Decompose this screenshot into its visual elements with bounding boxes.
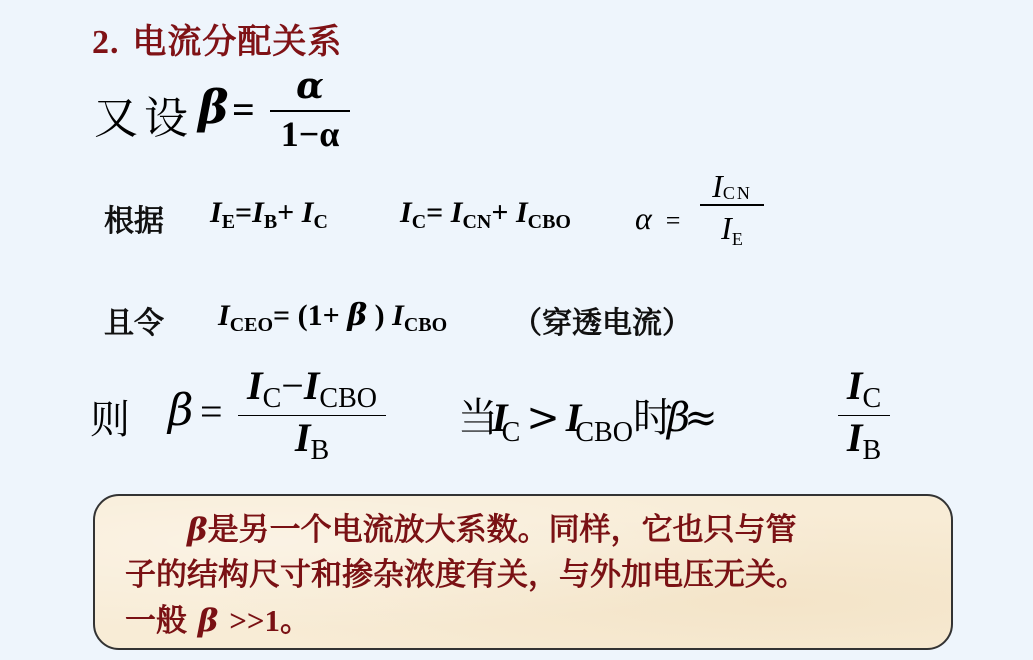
- operator: −: [281, 363, 304, 408]
- equation-collector-current: IC= ICN+ ICBO: [400, 196, 571, 234]
- summary-callout: β是另一个电流放大系数。同样，它也只与管 子的结构尺寸和掺杂浓度有关，与外加电压…: [93, 494, 953, 650]
- approx-sign: ≈: [684, 395, 712, 441]
- then-label: 时: [633, 395, 667, 441]
- equation-emitter-current: IE=IB+ IC: [210, 196, 328, 234]
- subscript: CEO: [230, 314, 273, 336]
- beta-symbol: β: [667, 395, 684, 441]
- symbol: I: [400, 196, 412, 229]
- expression: = (1+: [273, 299, 347, 332]
- beta-symbol: β: [347, 298, 367, 333]
- callout-line-3: 一般 β >>1。: [125, 598, 921, 644]
- alpha-symbol: α: [635, 200, 652, 236]
- symbol: I: [252, 196, 264, 229]
- symbol: I: [247, 363, 263, 408]
- fraction-numerator: α: [296, 68, 324, 110]
- fraction-numerator: ICN: [712, 170, 752, 202]
- subscript: B: [862, 435, 881, 466]
- fraction-numerator: IC: [847, 366, 881, 413]
- period: 。: [280, 603, 311, 639]
- symbol: I: [712, 168, 723, 204]
- fraction-bar: [838, 415, 890, 416]
- beta-symbol: β: [168, 385, 193, 436]
- operator: =: [426, 196, 443, 229]
- callout-text: 一般: [125, 603, 187, 639]
- penetration-note: （穿透电流）: [512, 298, 692, 342]
- relation-text: >>1: [229, 603, 280, 638]
- alpha-fraction: ICN IE: [700, 170, 764, 248]
- symbol: I: [847, 363, 863, 408]
- operator: +: [491, 196, 508, 229]
- fraction-denominator: IE: [721, 212, 743, 248]
- symbol: I: [304, 363, 320, 408]
- title-text: 电流分配关系: [132, 22, 342, 62]
- operator: >: [526, 395, 560, 441]
- subscript: CBO: [528, 211, 571, 233]
- fraction-bar: [700, 204, 764, 206]
- symbol: I: [392, 299, 404, 332]
- subscript: B: [264, 211, 277, 233]
- symbol: I: [218, 299, 230, 332]
- beta-symbol: β: [187, 512, 208, 548]
- beta-symbol: β: [198, 603, 219, 639]
- subscript: C: [263, 383, 282, 414]
- symbol: I: [847, 415, 863, 460]
- symbol: I: [302, 196, 314, 229]
- subscript: CBO: [404, 314, 447, 336]
- equals-sign: =: [200, 388, 223, 435]
- expression: ): [367, 299, 392, 332]
- fraction-bar: [238, 415, 386, 416]
- beta-symbol: β: [198, 80, 229, 134]
- operator: =: [235, 196, 252, 229]
- subscript: C: [502, 417, 521, 448]
- subscript: C: [313, 211, 327, 233]
- fraction-denominator: IB: [847, 418, 881, 465]
- subscript: E: [222, 211, 235, 233]
- fraction-denominator: IB: [295, 418, 329, 465]
- alpha-equation-lhs: α=: [635, 200, 680, 237]
- symbol: I: [295, 415, 311, 460]
- symbol: I: [566, 395, 576, 440]
- subscript: CBO: [575, 417, 633, 448]
- subscript: C: [412, 211, 426, 233]
- symbol: I: [516, 196, 528, 229]
- approximation-fraction: IC IB: [838, 366, 890, 465]
- equals-sign: =: [232, 86, 255, 133]
- symbol: I: [492, 395, 502, 440]
- fraction-numerator: IC−ICBO: [247, 366, 377, 413]
- beta-expression-label: 则: [90, 388, 130, 445]
- callout-line-1: β是另一个电流放大系数。同样，它也只与管: [125, 508, 921, 553]
- beta-expression-fraction: IC−ICBO IB: [238, 366, 386, 465]
- definition-label: 又设: [94, 82, 194, 146]
- fraction-denominator: 1−α: [281, 112, 340, 152]
- callout-text: 是另一个电流放大系数。同样，它也只与管: [208, 512, 797, 548]
- subscript: CBO: [319, 383, 377, 414]
- approximation-condition: 当IC>ICBO时β≈: [458, 386, 712, 449]
- beta-definition-fraction: α 1−α: [270, 68, 350, 152]
- operator: +: [277, 196, 294, 229]
- slide-title: 2. 电流分配关系: [92, 14, 342, 63]
- equation-penetration-current: ICEO= (1+ β ) ICBO: [218, 298, 447, 337]
- callout-line-2: 子的结构尺寸和掺杂浓度有关，与外加电压无关。: [125, 553, 921, 598]
- subscript: C: [862, 383, 881, 414]
- relations-label: 根据: [104, 196, 164, 240]
- symbol: I: [721, 210, 732, 246]
- subscript: CN: [723, 183, 752, 203]
- subscript: B: [310, 435, 329, 466]
- penetration-label: 且令: [104, 298, 164, 342]
- when-label: 当: [458, 395, 492, 441]
- subscript: CN: [462, 211, 491, 233]
- subscript: E: [732, 229, 743, 249]
- symbol: I: [451, 196, 463, 229]
- symbol: I: [210, 196, 222, 229]
- equals-sign: =: [666, 206, 681, 235]
- section-number: 2.: [92, 24, 120, 61]
